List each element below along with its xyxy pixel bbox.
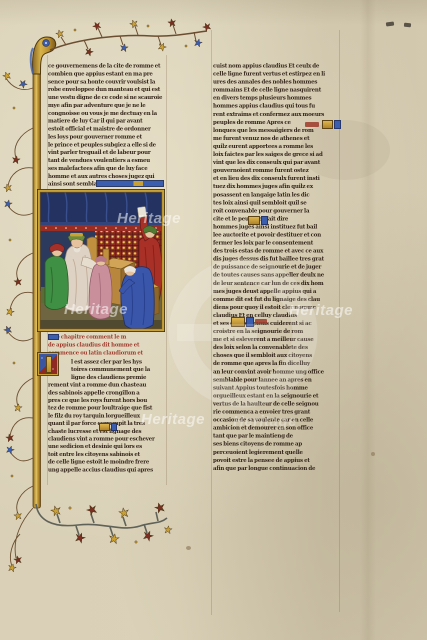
miniature (37, 189, 165, 332)
text-line: robe enveloppee dun manteau et qui est (48, 86, 164, 94)
inline-initial (322, 120, 341, 129)
text-line: ures des annales des nobles hommes (213, 78, 340, 86)
text-line: homme et aux autres choses jugez qui (48, 172, 164, 180)
text-line: perceuoient legierement quelle (213, 448, 340, 456)
text-line: rent extraims et confermez aux moeurs (213, 110, 340, 118)
text-line: e iie chapitre comment le m (48, 333, 164, 341)
line-filler-red (305, 122, 319, 127)
text-line: an leur convint avoir homme ung office (213, 368, 340, 376)
text-line: ligne des claudiens premie (48, 373, 164, 381)
text-line: estoit official et maistre de ordonner (48, 125, 164, 133)
text-line: orgueilleux estant en la seignourie et (213, 392, 340, 400)
text-line: tez de romme pour loultraige que fist (48, 404, 164, 412)
text-line: ce gouvernemens de la cite de romme et (48, 62, 164, 70)
text-line: toires communement que la (48, 366, 164, 374)
inline-initial (231, 317, 254, 327)
inline-initial (248, 216, 268, 225)
text-line: toit entre les citoyens sabinois et (48, 450, 164, 458)
rubric-paraph-mark (48, 334, 59, 340)
text-line: des sabinois appelle crongillon a (48, 389, 164, 397)
text-line: mes juges deust appelle appius qui a (213, 287, 340, 295)
text-line: rie commenca a envoier tres grant (213, 408, 340, 416)
text-line: l est assez cler par les hys (48, 358, 164, 366)
manuscript-page: ce gouvernemens de la cite de romme etco… (0, 0, 427, 640)
text-line: et en lieu des dix conseulx furent insti (213, 175, 340, 183)
text-line: posassent en langaige latin les dic (213, 191, 340, 199)
text-line: hommes appius claudius qui tous fu (213, 102, 340, 110)
text-line: ung appelle accius claudius qui apres (48, 466, 164, 474)
text-line: lonques que les messaigiers de rom (213, 126, 340, 134)
text-line: sence pour sa honte couvrir voulsist la (48, 78, 164, 86)
text-line: cuist nom appius claudius Et ceulx de (213, 62, 340, 70)
text-line: lee auctorite et povoir destituer et con (213, 231, 340, 239)
text-line: ses biens citoyens de romme ap (213, 440, 340, 448)
text-line: de leur sentence car lun de ces dix hom (213, 279, 340, 287)
text-line: mye afin par adventure que je ne le (48, 101, 164, 109)
text-line: pres ce que les roys furent hors bou (48, 397, 164, 405)
left-margin-leaves (2, 71, 29, 520)
text-line: fermer les loix par le consentement (213, 239, 340, 247)
drop-cap-initial (37, 352, 59, 376)
text-line: ambicion et demourer en son office (213, 424, 340, 432)
text-line: tant de vendues voulentiers a esmeu (48, 157, 164, 165)
text-line: des trois estas de romme et avec ce aux (213, 247, 340, 255)
text-line: de appius claudius dit homme et (48, 341, 164, 349)
text-line: le prince et peuples subgiez a elle si d… (48, 141, 164, 149)
text-line: de celle ligne estoit le moindre frere (48, 458, 164, 466)
page-speck (404, 23, 411, 28)
text-line: combien que appius estant en ma pre (48, 70, 164, 78)
left-column-top-text: ce gouvernemens de la cite de romme etco… (48, 62, 164, 188)
stain (371, 452, 375, 456)
text-line: occasion de sa voulente car en celle (213, 416, 340, 424)
text-line: afin que par longue continuacion de (213, 464, 340, 472)
text-line: les loys pour gouverner romme et (48, 133, 164, 141)
text-line: choses que il sembloit aux citoyens (213, 352, 340, 360)
text-line: vint que les dix conseulx qui par avant (213, 159, 340, 167)
text-line: celle ligne furent vertus et estirpez en… (213, 70, 340, 78)
text-line: me furent venuz nos de athenes et (213, 134, 340, 142)
text-line: povoit estre la pensee de appius et (213, 456, 340, 464)
text-line: gouvernoient romme furent ostez (213, 167, 340, 175)
text-line: de toutes causes sans appeller deulx ne (213, 271, 340, 279)
text-line: de romme que apres la fin dicelluy (213, 360, 340, 368)
right-column-text: cuist nom appius claudius Et ceulx decel… (213, 62, 340, 472)
left-column-lower-text: l est assez cler par les hystoires commu… (48, 358, 164, 474)
text-line: matiere de luy Car il qui par avant (48, 117, 164, 125)
text-line: tuez dix hommes juges afin quilz ex (213, 183, 340, 191)
text-line: hommes juges ainsi instituez fut bail (213, 223, 340, 231)
line-filler-red (255, 319, 267, 324)
text-line: une sedicion et desinie qui lors es (48, 443, 164, 451)
text-line: rement vint a romme dun chasteau (48, 381, 164, 389)
text-line: suivant Appius toutesfois homme (213, 384, 340, 392)
chapter-rubric: e iie chapitre comment le mde appius cla… (48, 333, 164, 357)
bottom-vine-leaves (7, 502, 172, 573)
text-line: rommains Et de celle ligne nasquirent (213, 86, 340, 94)
text-line: comme dit est fut du lignaige des clau (213, 295, 340, 303)
text-line: ses malefactees afin que de luy face (48, 164, 164, 172)
page-crease (360, 0, 376, 640)
text-line: loix faictes par les saiges de grece si … (213, 151, 340, 159)
text-line: congnoisse ou vous je me dectuay en la (48, 109, 164, 117)
top-vine (50, 25, 207, 50)
text-line: dis juges dessus dis fut baillee tres gr… (213, 255, 340, 263)
top-vine-leaves (55, 18, 212, 56)
text-line: de puissance de seignourie et de juger (213, 263, 340, 271)
text-line: commence ou latin claudiorum et (48, 349, 164, 357)
text-line: peuples de romme Apres ce (213, 118, 340, 126)
text-line: claudiens vint a romme pour eschever (48, 435, 164, 443)
bottom-vine (10, 504, 167, 566)
text-line: vint parler treguail et de labeur pour (48, 149, 164, 157)
text-line: le filz du roy tarquin lorgueilleux (48, 412, 164, 420)
text-line: tant que par le maintieng de (213, 432, 340, 440)
line-filler (96, 180, 164, 187)
text-line: une vestu digne de ce code si ne scauroi… (48, 94, 164, 102)
text-line: croistre en la seignourie de rom (213, 328, 340, 336)
text-line: des loix selon la convenablete des (213, 344, 340, 352)
text-line: quilz eurent apportees a romme les (213, 142, 340, 150)
page-speck (386, 21, 394, 26)
text-line: semblable pour lannee an apres en (213, 376, 340, 384)
text-line: me et si esleverent a meilleur cause (213, 336, 340, 344)
text-line: cite et le peuple et fait dire (213, 215, 340, 223)
text-line: roit convenable pour gouverner la (213, 207, 340, 215)
text-line: en divers temps plusieurs hommes (213, 94, 340, 102)
text-line: diens pour quoy il estoit cler nomme (213, 303, 340, 311)
text-line: vertus de la haulteur de celle seignou (213, 400, 340, 408)
inline-initial (99, 423, 117, 431)
text-line: tes loix ainsi quil sembloit quil se (213, 199, 340, 207)
